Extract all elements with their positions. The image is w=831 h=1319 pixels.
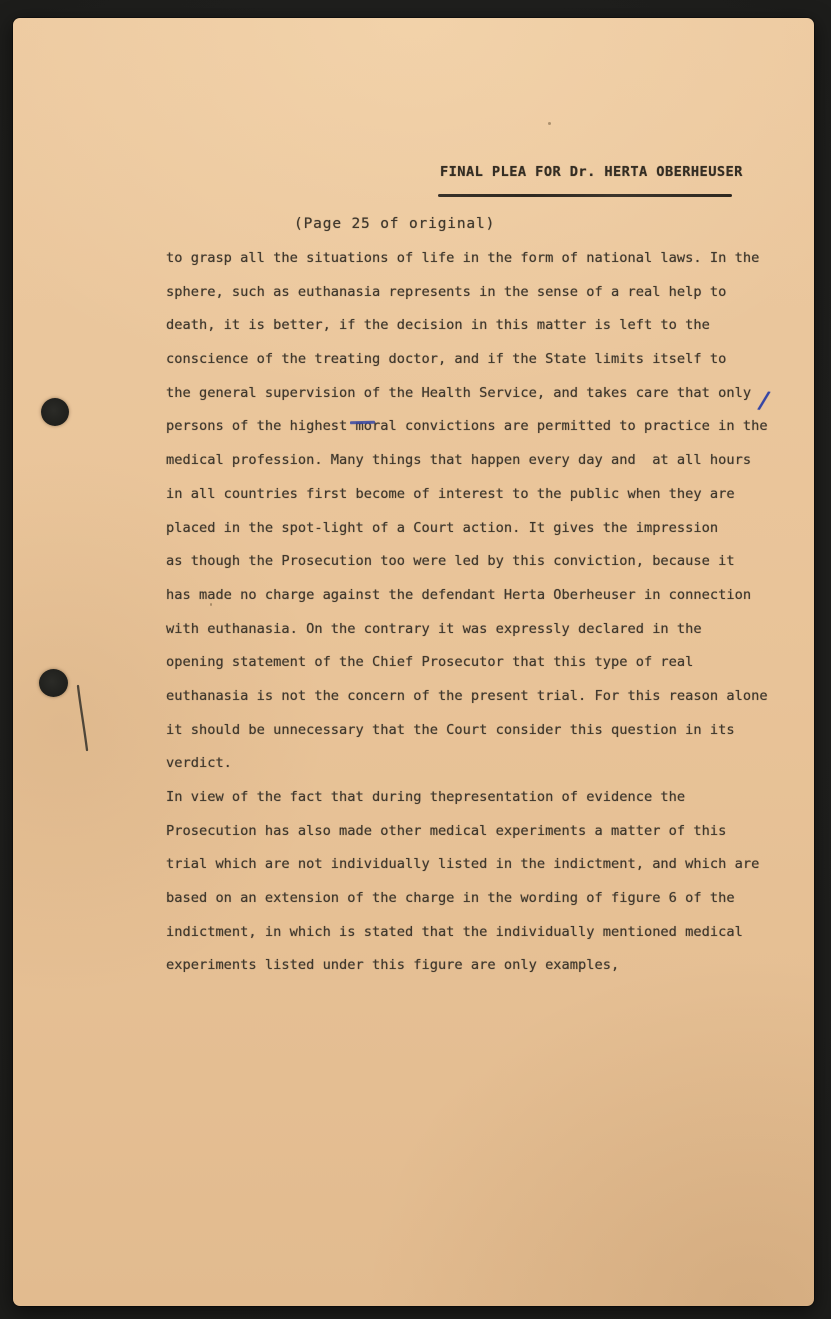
pen-slash-mark: / <box>756 387 773 414</box>
body-line: experiments listed under this figure are… <box>166 949 796 983</box>
body-line: opening statement of the Chief Prosecuto… <box>166 646 796 680</box>
body-line: it should be unnecessary that the Court … <box>166 714 796 748</box>
body-line: trial which are not individually listed … <box>166 848 796 882</box>
body-line: indictment, in which is stated that the … <box>166 916 796 950</box>
paper-speck <box>210 603 212 606</box>
pen-stroke-mark <box>70 680 96 758</box>
document-body: to grasp all the situations of life in t… <box>166 242 796 983</box>
paper-speck <box>548 122 551 125</box>
body-line: conscience of the treating doctor, and i… <box>166 343 796 377</box>
hole-punch-icon <box>41 398 69 426</box>
body-line: persons of the highest moral convictions… <box>166 410 796 444</box>
body-line: to grasp all the situations of life in t… <box>166 242 796 276</box>
body-line: In view of the fact that during theprese… <box>166 781 796 815</box>
body-line: has made no charge against the defendant… <box>166 579 796 613</box>
body-line: death, it is better, if the decision in … <box>166 309 796 343</box>
document-page: FINAL PLEA FOR Dr. HERTA OBERHEUSER (Pag… <box>13 18 814 1306</box>
body-line: medical profession. Many things that hap… <box>166 444 796 478</box>
hole-punch-icon <box>39 669 68 697</box>
body-line: placed in the spot-light of a Court acti… <box>166 512 796 546</box>
body-line: as though the Prosecution too were led b… <box>166 545 796 579</box>
body-line: in all countries first become of interes… <box>166 478 796 512</box>
scan-backdrop: FINAL PLEA FOR Dr. HERTA OBERHEUSER (Pag… <box>0 0 831 1319</box>
body-line: Prosecution has also made other medical … <box>166 815 796 849</box>
body-line: with euthanasia. On the contrary it was … <box>166 613 796 647</box>
header-underline <box>438 194 732 197</box>
body-line: verdict. <box>166 747 796 781</box>
page-reference: (Page 25 of original) <box>294 216 495 232</box>
body-line: based on an extension of the charge in t… <box>166 882 796 916</box>
body-line: the general supervision of the Health Se… <box>166 377 796 411</box>
body-line: euthanasia is not the concern of the pre… <box>166 680 796 714</box>
document-header-title: FINAL PLEA FOR Dr. HERTA OBERHEUSER <box>440 164 743 180</box>
body-line: sphere, such as euthanasia represents in… <box>166 276 796 310</box>
